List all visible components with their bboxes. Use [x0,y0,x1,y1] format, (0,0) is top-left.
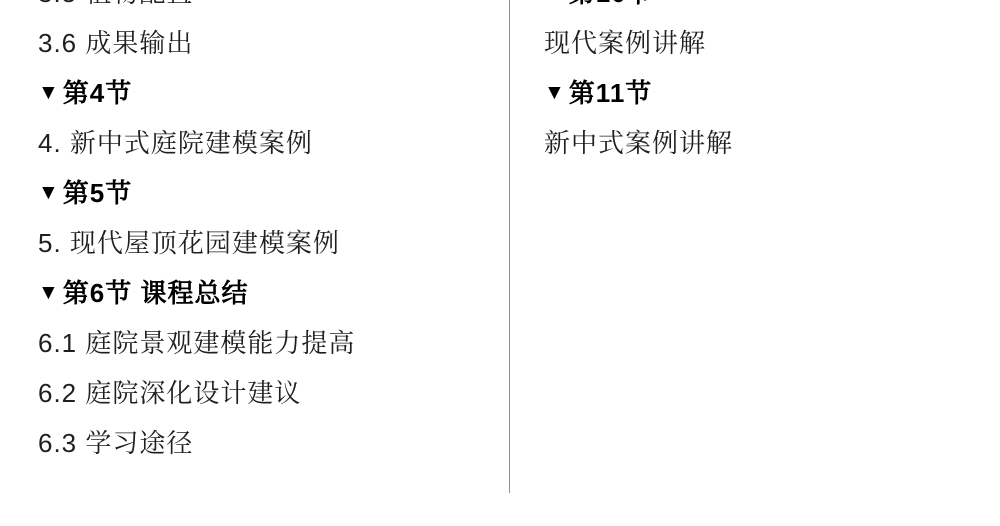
item-label: 5. 现代屋顶花园建模案例 [38,223,340,260]
outline-item: 3.5 植物配置 [38,0,355,16]
collapse-triangle-icon: ▼ [38,282,60,303]
item-label: 4. 新中式庭院建模案例 [38,123,313,160]
collapse-triangle-icon: ▼ [544,82,566,103]
section-label: 第11节 [569,73,653,110]
item-label: 3.6 成果输出 [38,23,193,60]
item-label: 现代案例讲解 [544,23,706,60]
item-label: 6.2 庭院深化设计建议 [38,373,301,410]
item-label: 6.3 学习途径 [38,423,193,460]
outline-item: 6.2 庭院深化设计建议 [38,366,355,416]
outline-item: 4. 新中式庭院建模案例 [38,116,355,166]
outline-item: 新中式案例讲解 [544,116,733,166]
outline-item: 5. 现代屋顶花园建模案例 [38,216,355,266]
item-label: 6.1 庭院景观建模能力提高 [38,323,355,360]
column-divider [509,0,510,493]
outline-section-header[interactable]: ▼ 第4节 [38,66,355,116]
outline-item: 现代案例讲解 [544,16,733,66]
section-label: 第4节 [63,73,132,110]
section-label: 第10节 [569,0,654,10]
outline-section-header[interactable]: ▼ 第11节 [544,66,733,116]
right-column: ▼ 第10节 现代案例讲解 ▼ 第11节 新中式案例讲解 [544,0,733,166]
item-label: 3.5 植物配置 [38,0,193,10]
outline-item: 3.6 成果输出 [38,16,355,66]
collapse-triangle-icon: ▼ [38,182,60,203]
section-label: 第5节 [63,173,132,210]
collapse-triangle-icon: ▼ [38,82,60,103]
left-column: 3.5 植物配置 3.6 成果输出 ▼ 第4节 4. 新中式庭院建模案例 ▼ 第… [38,0,355,466]
collapse-triangle-icon: ▼ [544,0,566,3]
outline-section-header[interactable]: ▼ 第10节 [544,0,733,16]
item-label: 新中式案例讲解 [544,123,733,160]
outline-item: 6.3 学习途径 [38,416,355,466]
outline-section-header[interactable]: ▼ 第6节 课程总结 [38,266,355,316]
section-label: 第6节 课程总结 [63,273,249,310]
outline-section-header[interactable]: ▼ 第5节 [38,166,355,216]
outline-item: 6.1 庭院景观建模能力提高 [38,316,355,366]
